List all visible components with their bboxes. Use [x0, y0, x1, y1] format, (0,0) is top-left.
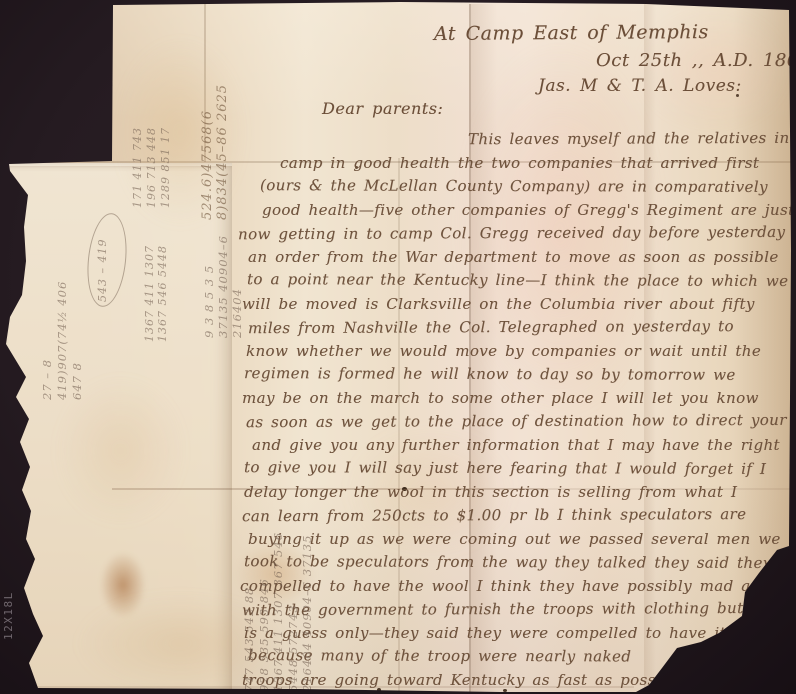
letter-line: with the government to furnish the troop… — [238, 597, 783, 623]
scanned-letter-photo: 12X18L At Camp East of Memphis Oct 25th … — [0, 0, 796, 694]
letter-line: (ours & the McLellan County Company) are… — [238, 174, 783, 199]
letter-line: buying it up as we were coming out we pa… — [238, 528, 783, 552]
margin-calculation-pencil: 9 3 8 5 3 5 37135 40904–6 216404 — [202, 158, 244, 338]
letter-line: miles from Nashville the Col. Telegraphe… — [238, 315, 783, 341]
letter-line: as soon as we get to the place of destin… — [238, 409, 783, 435]
letter-line: may be on the march to some other place … — [238, 387, 783, 411]
letter-line: troops are going toward Kentucky as fast… — [238, 669, 783, 693]
letter-line: and give you any further information tha… — [238, 434, 783, 458]
archive-edge-label: 12X18L — [2, 591, 15, 640]
letter-line: good health—five other companies of Greg… — [238, 199, 783, 223]
letter-line: know whether we would move by companies … — [238, 340, 783, 364]
letter-date-line: Oct 25th ,, A.D. 1861. — [596, 50, 796, 71]
margin-calculation-pencil: 171 411 743 196 713 448 1289 851 17 — [131, 58, 173, 208]
letter-line: regimen is formed he will know to day so… — [238, 362, 783, 387]
letter-line: because many of the troop were nearly na… — [238, 644, 783, 669]
letter-place-line: At Camp East of Memphis — [434, 21, 709, 45]
letter-addressee-line: Jas. M & T. A. Loves: — [538, 76, 742, 96]
letter-line: will be moved is Clarksville on the Colu… — [238, 293, 783, 317]
letter-line: to give you I will say just here fearing… — [238, 456, 783, 481]
letter-line: can learn from 250cts to $1.00 pr lb I t… — [238, 503, 783, 529]
letter-line: This leaves myself and the relatives in — [238, 127, 783, 153]
margin-calculation-pencil: 27 – 8 419)907(74½ 406 647 8 — [40, 210, 85, 400]
letter-line: took to be speculators from the way they… — [238, 550, 783, 575]
letter-line: to a point near the Kentucky line—I thin… — [238, 268, 783, 293]
letter-line: is a guess only—they said they were comp… — [238, 622, 783, 646]
letter-line: camp in good health the two companies th… — [238, 152, 783, 176]
letter-salutation: Dear parents: — [322, 99, 443, 118]
letter-line: now getting in to camp Col. Gregg receiv… — [238, 221, 783, 247]
letter-line: an order from the War department to move… — [238, 246, 783, 270]
letter-line: delay longer the wool in this section is… — [238, 481, 783, 505]
letter-paper: At Camp East of Memphis Oct 25th ,, A.D.… — [0, 0, 796, 694]
margin-calculation-pencil: 1367 411 1307 1367 546 5448 — [143, 242, 169, 342]
letter-body: This leaves myself and the relatives in … — [238, 128, 783, 692]
letter-line: compelled to have the wool I think they … — [238, 575, 783, 599]
circled-calculation: 543 – 419 — [97, 214, 109, 302]
margin-calculation-pencil: 747 543 542 88 928 535 593 846 1367 411 … — [242, 387, 315, 692]
